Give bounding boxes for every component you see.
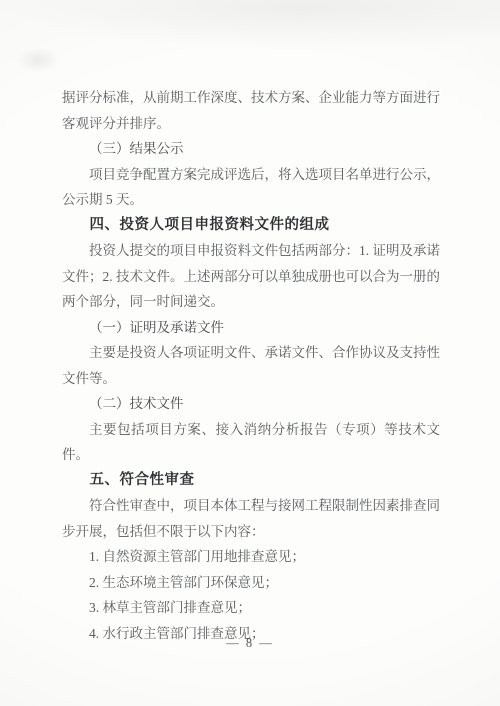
paragraph: 主要是投资人各项证明文件、承诺文件、合作协议及支持性文件等。 bbox=[62, 340, 440, 391]
list-item: 1. 自然资源主管部门用地排查意见； bbox=[62, 544, 440, 570]
paragraph: 投资人提交的项目申报资料文件包括两部分：1. 证明及承诺文件；2. 技术文件。上… bbox=[62, 238, 440, 315]
section-heading-4: 四、投资人项目申报资料文件的组成 bbox=[62, 213, 440, 239]
paragraph: 项目竞争配置方案完成评选后，将入选项目名单进行公示，公示期 5 天。 bbox=[62, 162, 440, 213]
scanned-page-background: 据评分标准，从前期工作深度、技术方案、企业能力等方面进行客观评分并排序。 （三）… bbox=[0, 0, 500, 706]
page-number: — 8 — bbox=[0, 636, 500, 651]
document-page: { "page": { "blocks": [ { "type": "body"… bbox=[0, 0, 500, 706]
paragraph: 主要包括项目方案、接入消纳分析报告（专项）等技术文件。 bbox=[62, 417, 440, 468]
list-item: 2. 生态环境主管部门环保意见； bbox=[62, 570, 440, 596]
sub-heading-result-publicity: （三）结果公示 bbox=[62, 136, 440, 162]
section-heading-5: 五、符合性审查 bbox=[62, 468, 440, 494]
paragraph: 符合性审查中，项目本体工程与接网工程限制性因素排查同步开展，包括但不限于以下内容… bbox=[62, 493, 440, 544]
list-item: 3. 林草主管部门排查意见； bbox=[62, 595, 440, 621]
sub-heading-technical-docs: （二）技术文件 bbox=[62, 391, 440, 417]
document-content: 据评分标准，从前期工作深度、技术方案、企业能力等方面进行客观评分并排序。 （三）… bbox=[62, 85, 440, 646]
paragraph: 据评分标准，从前期工作深度、技术方案、企业能力等方面进行客观评分并排序。 bbox=[62, 85, 440, 136]
sub-heading-certificates: （一）证明及承诺文件 bbox=[62, 315, 440, 341]
